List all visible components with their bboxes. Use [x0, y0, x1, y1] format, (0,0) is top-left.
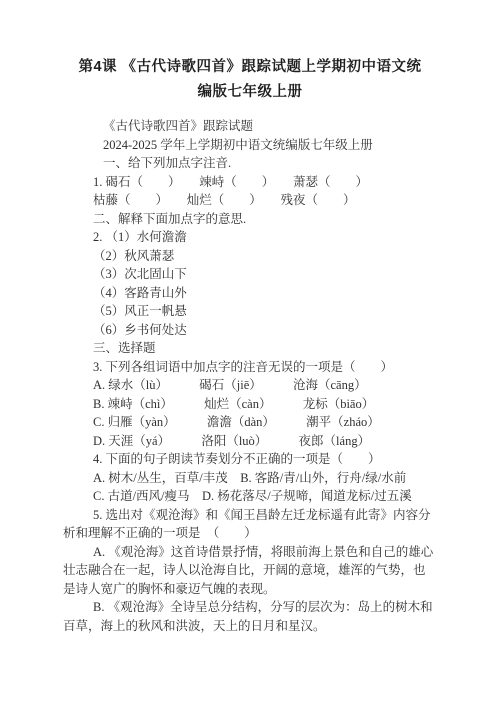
- text-line-17: C. 归雁（yàn） 澹澹（dàn） 潮平（zháo）: [63, 413, 500, 432]
- text-line-27: B. 《观沧海》全诗呈总分结构，分写的层次为：岛上的树木和: [63, 598, 500, 617]
- text-line-10: （4）客路青山外: [63, 284, 500, 303]
- document-title: 第4课 《古代诗歌四首》跟踪试题上学期初中语文统 编版七年级上册: [0, 0, 500, 105]
- text-line-28: 百草，海上的秋风和洪波，天上的日月和星汉。: [63, 617, 500, 636]
- text-line-21: C. 古道/西风/瘦马 D. 杨花落尽/子规啼，闻道龙标/过五溪: [63, 487, 500, 506]
- text-line-6: 二、解释下面加点字的意思.: [63, 210, 500, 229]
- document-body: 《古代诗歌四首》跟踪试题2024-2025 学年上学期初中语文统编版七年级上册一…: [0, 117, 500, 635]
- text-line-5: 枯藤（ ） 灿烂（ ） 残夜（ ）: [63, 191, 500, 210]
- text-line-1: 《古代诗歌四首》跟踪试题: [63, 117, 500, 136]
- text-line-12: （6）乡书何处达: [63, 321, 500, 340]
- title-line-1: 第4课 《古代诗歌四首》跟踪试题上学期初中语文统: [0, 55, 500, 80]
- text-line-8: （2）秋风萧瑟: [63, 247, 500, 266]
- text-line-3: 一、给下列加点字注音.: [63, 154, 500, 173]
- title-line-2: 编版七年级上册: [0, 80, 500, 105]
- text-line-22: 5. 选出对《观沧海》和《闻王昌龄左迁龙标遥有此寄》内容分: [63, 506, 500, 525]
- text-line-13: 三、选择题: [63, 339, 500, 358]
- text-line-18: D. 天涯（yá） 洛阳（luò） 夜郎（láng）: [63, 432, 500, 451]
- text-line-25: 壮志融合在一起，诗人以沧海自比，开阔的意境，雄浑的气势，也: [63, 561, 500, 580]
- text-line-2: 2024-2025 学年上学期初中语文统编版七年级上册: [63, 136, 500, 155]
- text-line-16: B. 竦峙（chì） 灿烂（càn） 龙标（biāo）: [63, 395, 500, 414]
- text-line-15: A. 绿水（lù） 碣石（jiē） 沧海（cāng）: [63, 376, 500, 395]
- text-line-20: A. 树木/丛生，百草/丰茂 B. 客路/青/山外，行舟/绿/水前: [63, 469, 500, 488]
- text-line-14: 3. 下列各组词语中加点字的注音无误的一项是（ ）: [63, 358, 500, 377]
- document-page: 第4课 《古代诗歌四首》跟踪试题上学期初中语文统 编版七年级上册 《古代诗歌四首…: [0, 0, 500, 707]
- text-line-11: （5）风正一帆悬: [63, 302, 500, 321]
- text-line-7: 2. （1）水何澹澹: [63, 228, 500, 247]
- text-line-4: 1. 碣石（ ） 竦峙（ ） 萧瑟（ ）: [63, 173, 500, 192]
- text-line-23: 析和理解不正确的一项是 （ ）: [63, 524, 500, 543]
- text-line-26: 是诗人宽广的胸怀和豪迈气魄的表现。: [63, 580, 500, 599]
- text-line-9: （3）次北固山下: [63, 265, 500, 284]
- text-line-19: 4. 下面的句子朗读节奏划分不正确的一项是（ ）: [63, 450, 500, 469]
- text-line-24: A. 《观沧海》这首诗借景抒情，将眼前海上景色和自己的雄心: [63, 543, 500, 562]
